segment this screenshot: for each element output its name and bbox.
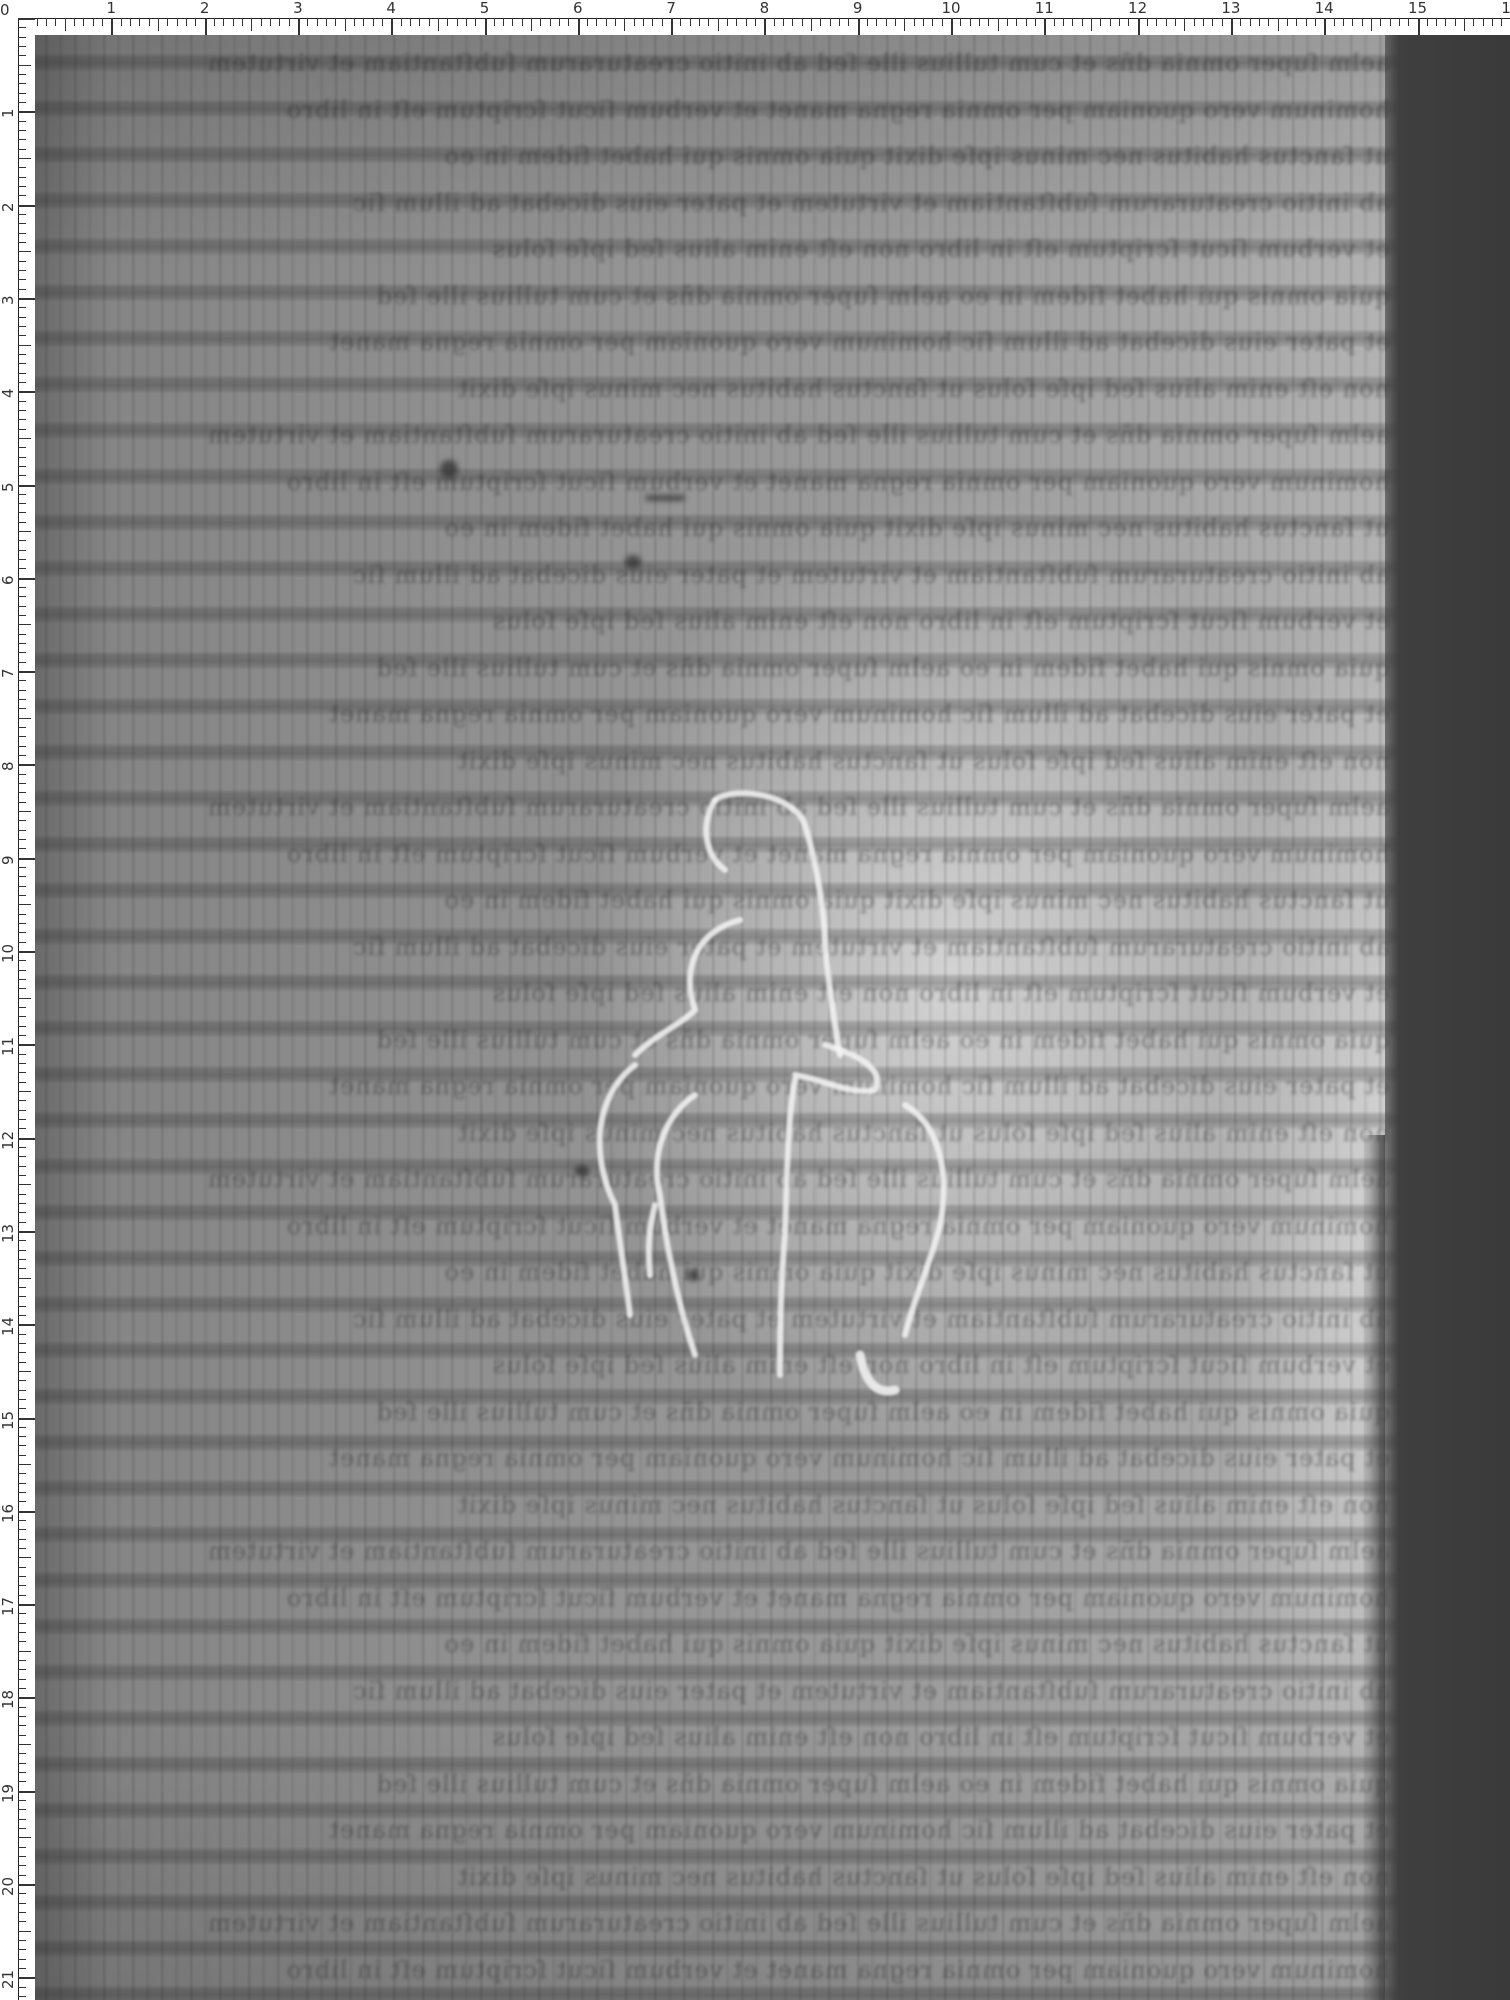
ruler-tick [18,802,26,803]
ruler-tick [680,18,681,26]
left-ruler-label: 7 [0,669,16,679]
left-ruler-label: 11 [0,1037,16,1056]
ruler-tick [382,18,383,26]
ruler-tick [895,18,896,26]
ruler-tick [18,1604,35,1606]
ruler-tick [18,914,26,915]
ruler-tick [18,37,26,38]
left-ruler-label: 4 [0,389,16,399]
ruler-tick [18,1110,26,1111]
ruler-tick [1072,18,1073,26]
ruler-tick [18,1520,26,1521]
top-ruler-label: 6 [573,0,583,16]
ruler-tick [18,690,26,691]
ruler-tick [1268,18,1269,26]
ruler-tick [18,932,26,933]
ruler-tick [18,1753,26,1754]
ruler-tick [18,1156,26,1157]
figure-drawing [35,35,1510,2000]
ruler-tick [18,1315,26,1316]
ruler-tick [988,18,989,26]
ruler-tick [18,447,26,448]
ruler-tick [391,18,393,35]
ruler-tick [158,18,159,31]
ruler-tick [671,18,673,35]
ruler-tick [1278,18,1279,31]
top-ruler-label: 13 [1221,0,1240,16]
ruler-tick [475,18,476,26]
ruler-tick [18,998,31,999]
left-ruler-label: 6 [0,575,16,585]
ruler-tick [18,634,26,635]
left-ruler-label: 10 [0,944,16,963]
ruler-tick [18,214,26,215]
ruler-tick [18,848,26,849]
ruler-tick [18,867,26,868]
ruler-tick [18,1800,26,1801]
ruler-tick [1063,18,1064,26]
ruler-tick [1362,18,1363,26]
ruler-tick [279,18,280,26]
ruler-tick [18,1352,26,1353]
ruler-tick [18,858,35,860]
ruler-tick [167,18,168,26]
ruler-tick [587,18,588,26]
ruler-tick [18,792,26,793]
ruler-tick [18,1996,26,1997]
left-ruler-label: 12 [0,1131,16,1150]
ruler-tick [18,1371,31,1372]
ruler-tick [662,18,663,26]
ruler-tick [18,1464,31,1465]
ruler-tick [18,93,26,94]
ruler-tick [18,1203,26,1204]
top-ruler-label: 3 [293,0,303,16]
ruler-tick [802,18,803,26]
ruler-tick [1175,18,1176,26]
ruler-tick [1166,18,1167,26]
ruler-tick [1184,18,1185,31]
ruler-tick [18,1856,26,1857]
ruler-tick [18,522,26,523]
ruler-tick [111,18,113,35]
left-ruler-label: 9 [0,855,16,865]
ruler-tick [373,18,374,26]
ruler-tick [18,811,31,812]
ruler-tick [904,18,905,31]
ruler-tick [18,1016,26,1017]
ruler-tick [139,18,140,26]
ruler-tick [289,18,290,26]
ruler-tick [18,270,26,271]
ruler-tick [970,18,971,26]
left-ruler-label: 17 [0,1597,16,1616]
ruler-tick [18,289,26,290]
ruler-tick [18,429,26,430]
ruler-tick [18,1268,26,1269]
ruler-tick [18,1231,35,1233]
ruler-tick [820,18,821,26]
left-ruler-label: 14 [0,1317,16,1336]
ruler-tick [93,18,94,26]
ruler-tick [1231,18,1233,35]
ruler-tick [18,764,35,766]
ruler-tick [18,65,31,66]
ruler-tick [18,652,26,653]
ruler-tick [1418,18,1420,35]
ruler-tick [1259,18,1260,26]
ruler-tick [242,18,243,26]
ruler-tick [18,904,31,905]
ruler-tick [18,923,26,924]
left-ruler-label: 18 [0,1690,16,1709]
ruler-tick [18,1380,26,1381]
ruler-tick [18,503,26,504]
ruler-tick [18,1035,26,1036]
ruler-tick [18,363,26,364]
ruler-tick [18,755,26,756]
page-edge-dark-band [1385,35,1510,2000]
ruler-tick [18,1334,26,1335]
ruler-tick [18,1128,26,1129]
ruler-tick [708,18,709,26]
ruler-tick [18,1791,35,1793]
ruler-tick [18,512,26,513]
ruler-tick [503,18,504,26]
ruler-tick [37,18,38,26]
ruler-tick [1483,18,1484,26]
ruler-tick [18,1819,26,1820]
ruler-tick [18,18,35,20]
ruler-tick [18,1735,26,1736]
left-ruler-baseline [18,18,19,2000]
ruler-tick [18,475,26,476]
ruler-tick [18,830,26,831]
ruler-tick [783,18,784,26]
ruler-tick [83,18,84,26]
ruler-tick [18,839,26,840]
ruler-tick [1128,18,1129,26]
ruler-tick [18,1399,26,1400]
ruler-tick [18,326,26,327]
ruler-tick [1035,18,1036,26]
ruler-tick [18,1763,26,1764]
ruler-tick [18,1576,26,1577]
ruler-tick [18,988,26,989]
ruler-tick [1044,18,1046,35]
ruler-tick [18,1567,26,1568]
ruler-tick [447,18,448,26]
ruler-tick [354,18,355,26]
ruler-tick [18,102,26,103]
ruler-tick [1501,18,1502,26]
top-ruler-label: 4 [386,0,396,16]
ruler-tick [1240,18,1241,26]
ruler-tick [186,18,187,26]
ruler-tick [18,568,26,569]
ruler-tick [18,970,26,971]
ruler-tick [65,18,66,31]
ruler-tick [18,1259,26,1260]
ruler-tick [914,18,915,26]
ruler-tick [363,18,364,26]
ruler-tick [1380,18,1381,26]
ruler-tick [55,18,56,26]
ruler-tick [18,419,26,420]
ruler-tick [792,18,793,26]
left-ruler-label: 21 [0,1970,16,1989]
left-ruler-label: 1 [0,109,16,119]
ruler-tick [1324,18,1326,35]
ruler-tick [18,886,26,887]
ruler-tick [755,18,756,26]
top-ruler: 012345678910111213141516 [0,0,1510,35]
ruler-tick [18,1212,26,1213]
ruler-tick [18,727,26,728]
left-ruler: 0123456789101112131415161718192021 [0,0,35,2000]
ruler-tick [18,1931,31,1932]
ruler-tick [1026,18,1027,26]
ruler-tick [18,1875,26,1876]
ruler-tick [18,121,26,122]
ruler-tick [18,1511,35,1513]
ruler-tick [251,18,252,31]
ruler-tick [18,746,26,747]
ruler-tick [307,18,308,26]
ruler-tick [1315,18,1316,26]
ruler-tick [317,18,318,26]
ruler-tick [1473,18,1474,26]
ruler-tick [942,18,943,26]
ruler-tick [121,18,122,26]
ruler-tick [18,1781,26,1782]
ruler-tick [18,1250,26,1251]
ruler-tick [18,1492,26,1493]
ruler-tick [298,18,300,35]
ruler-tick [466,18,467,26]
ruler-tick [18,1716,26,1717]
ruler-tick [615,18,616,26]
ruler-tick [1250,18,1251,26]
ruler-tick [18,1091,31,1092]
ruler-tick [1007,18,1008,26]
ruler-tick [1100,18,1101,26]
ruler-tick [1138,18,1140,35]
left-ruler-label: 19 [0,1784,16,1803]
ruler-tick [18,1026,26,1027]
ruler-tick [1147,18,1148,26]
ruler-tick [177,18,178,26]
ruler-tick [550,18,551,26]
ruler-tick [18,1362,26,1363]
ruler-tick [345,18,346,31]
ruler-tick [326,18,327,26]
ruler-tick [18,74,26,75]
ruler-tick [270,18,271,26]
ruler-tick [839,18,840,26]
ruler-tick [18,251,31,252]
ruler-tick [18,205,35,207]
ruler-tick [18,1306,26,1307]
ruler-tick [18,1100,26,1101]
ruler-tick [18,596,26,597]
ruler-tick [18,699,26,700]
ruler-tick [18,139,26,140]
ruler-tick [18,774,26,775]
ruler-tick [718,18,719,31]
ruler-tick [858,18,860,35]
ruler-tick [606,18,607,26]
ruler-tick [18,261,26,262]
ruler-tick [18,1445,26,1446]
ruler-tick [18,1893,26,1894]
ruler-tick [18,354,26,355]
ruler-tick [18,1697,35,1699]
ruler-tick [1455,18,1456,26]
ruler-tick [18,1949,26,1950]
ruler-tick [18,55,26,56]
ruler-tick [18,373,26,374]
ruler-tick [18,1343,26,1344]
ruler-tick [1408,18,1409,26]
ruler-tick [727,18,728,26]
ruler-tick [1352,18,1353,26]
ruler-tick [1222,18,1223,26]
ruler-tick [457,18,458,26]
ruler-tick [74,18,75,26]
ruler-tick [18,559,26,560]
ruler-tick [18,671,35,673]
top-ruler-label: 7 [666,0,676,16]
ruler-tick [18,1968,26,1969]
ruler-tick [18,1539,26,1540]
ruler-tick [18,1427,26,1428]
ruler-tick [18,438,31,439]
ruler-tick [522,18,523,26]
ruler-tick [1296,18,1297,26]
ruler-tick [18,233,26,234]
ruler-tick [149,18,150,26]
ruler-tick [811,18,812,31]
ruler-tick [1091,18,1092,31]
ruler-tick [18,1222,26,1223]
top-ruler-label: 12 [1128,0,1147,16]
ruler-tick [18,1166,26,1167]
ruler-tick [979,18,980,26]
left-ruler-label: 5 [0,482,16,492]
ruler-tick [18,1529,26,1530]
ruler-tick [18,718,31,719]
ruler-tick [18,1082,26,1083]
ruler-tick [18,130,26,131]
ruler-tick [18,606,26,607]
ruler-tick [18,195,26,196]
top-ruler-label: 14 [1315,0,1334,16]
ruler-tick [18,149,26,150]
ruler-tick [652,18,653,26]
ruler-tick [18,1455,26,1456]
ruler-tick [18,485,35,487]
ruler-tick [18,111,35,113]
ruler-tick [18,1296,26,1297]
ruler-tick [18,895,26,896]
ruler-tick [18,1324,35,1326]
ruler-tick [1287,18,1288,26]
ruler-tick [18,1390,26,1391]
ruler-tick [18,1613,26,1614]
ruler-tick [18,158,31,159]
top-ruler-label: 9 [853,0,863,16]
ruler-tick [18,410,26,411]
top-ruler-label: 15 [1408,0,1427,16]
ruler-tick [18,1679,26,1680]
ruler-tick [18,578,35,580]
ruler-tick [18,298,35,300]
ruler-tick [1371,18,1372,31]
ruler-tick [18,457,26,458]
ruler-tick [18,1725,26,1726]
ruler-tick [18,1175,26,1176]
ruler-tick [540,18,541,26]
ruler-tick [764,18,766,35]
page-edge-shadow [1363,1135,1385,2000]
ruler-tick [18,979,26,980]
ruler-tick [18,1595,26,1596]
ruler-tick [18,1688,26,1689]
ruler-tick [438,18,439,31]
ruler-tick [1492,18,1493,26]
ruler-tick [18,382,26,383]
ruler-tick [18,680,26,681]
ruler-tick [18,1809,26,1810]
ruler-tick [1212,18,1213,26]
manuscript-scan: aelm ſuper omnia dñs et cum tullius ille… [35,35,1510,2000]
ruler-tick [690,18,691,26]
ruler-tick [18,1651,31,1652]
ruler-tick [18,167,26,168]
ruler-tick [568,18,569,26]
top-ruler-label: 5 [480,0,490,16]
ruler-tick [18,736,26,737]
ruler-tick [1016,18,1017,26]
ruler-tick [18,708,26,709]
ruler-tick [1194,18,1195,26]
top-ruler-label: 11 [1035,0,1054,16]
ruler-tick [923,18,924,26]
ruler-tick [18,624,31,625]
ruler-tick [1306,18,1307,26]
ruler-tick [18,1138,35,1140]
ruler-tick [18,1473,26,1474]
left-ruler-label: 13 [0,1224,16,1243]
ruler-tick [18,1669,26,1670]
ruler-tick [18,1959,26,1960]
ruler-tick [18,587,26,588]
ruler-tick [18,83,26,84]
ruler-tick [46,18,47,26]
ruler-tick [335,18,336,26]
ruler-tick [18,1278,31,1279]
left-ruler-label: 20 [0,1877,16,1896]
ruler-tick [18,307,26,308]
ruler-tick [18,1044,35,1046]
ruler-tick [531,18,532,31]
ruler-tick [1445,18,1446,26]
ruler-tick [18,1921,26,1922]
ruler-tick [494,18,495,26]
ruler-tick [18,1194,26,1195]
ruler-tick [261,18,262,26]
